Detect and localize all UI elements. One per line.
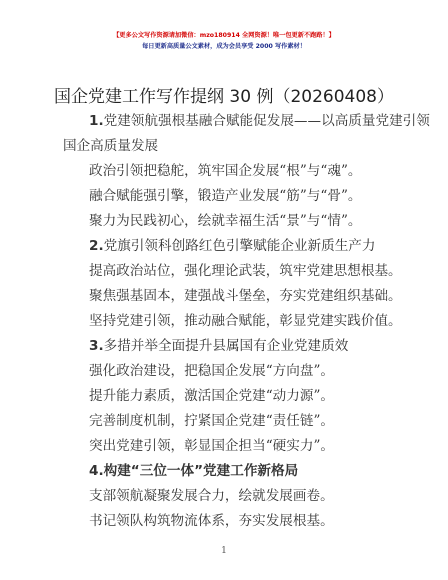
outline-item: 完善制度机制，拧紧国企党建“责任链”。	[63, 409, 385, 434]
promo-banner-line-2: 每日更新高质量公文素材，成为会员享受 2000 写作素材！	[0, 41, 448, 50]
outline-item: 坚持党建引领，推动融合赋能，彰显党建实践价值。	[63, 309, 385, 334]
section-heading-text: 构建“三位一体”党建工作新格局	[104, 463, 299, 479]
heading-continuation: 国企高质量发展	[63, 134, 385, 159]
outline-item: 融合赋能强引擎，锻造产业发展“筋”与“骨”。	[63, 184, 385, 209]
section-heading-1: 1.党建领航强根基融合赋能促发展——以高质量党建引领	[63, 109, 385, 134]
section-heading-2: 2.党旗引领科创路红色引擎赋能企业新质生产力	[63, 234, 385, 259]
document-title: 国企党建工作写作提纲 30 例（20260408）	[0, 82, 448, 107]
section-heading-text: 党建领航强根基融合赋能促发展——以高质量党建引领	[104, 113, 430, 129]
page-number: 1	[0, 546, 448, 556]
outline-item: 支部领航凝聚发展合力，绘就发展画卷。	[63, 484, 385, 509]
section-number: 1.	[89, 113, 104, 129]
outline-item: 强化政治建设，把稳国企发展“方向盘”。	[63, 359, 385, 384]
outline-item: 政治引领把稳舵，筑牢国企发展“根”与“魂”。	[63, 159, 385, 184]
section-number: 4.	[89, 463, 104, 479]
outline-item: 提高政治站位，强化理论武装，筑牢党建思想根基。	[63, 259, 385, 284]
outline-item: 聚力为民践初心，绘就幸福生活“景”与“情”。	[63, 209, 385, 234]
section-heading-3: 3.多措并举全面提升县属国有企业党建质效	[63, 334, 385, 359]
section-heading-4: 4.构建“三位一体”党建工作新格局	[63, 459, 385, 484]
outline-item: 突出党建引领，彰显国企担当“硬实力”。	[63, 434, 385, 459]
section-heading-text: 多措并举全面提升县属国有企业党建质效	[104, 338, 349, 354]
promo-banner-line-1: 【更多公文写作资源请加微信：mzo180914 全网资源！唯一包更新不跑路！】	[0, 30, 448, 39]
document-body: 1.党建领航强根基融合赋能促发展——以高质量党建引领 国企高质量发展 政治引领把…	[63, 109, 385, 534]
outline-item: 书记领队构筑物流体系，夯实发展根基。	[63, 509, 385, 534]
section-heading-text: 党旗引领科创路红色引擎赋能企业新质生产力	[104, 238, 376, 254]
section-number: 3.	[89, 338, 104, 354]
outline-item: 提升能力素质，激活国企党建“动力源”。	[63, 384, 385, 409]
outline-item: 聚焦强基固本，建强战斗堡垒，夯实党建组织基础。	[63, 284, 385, 309]
section-number: 2.	[89, 238, 104, 254]
